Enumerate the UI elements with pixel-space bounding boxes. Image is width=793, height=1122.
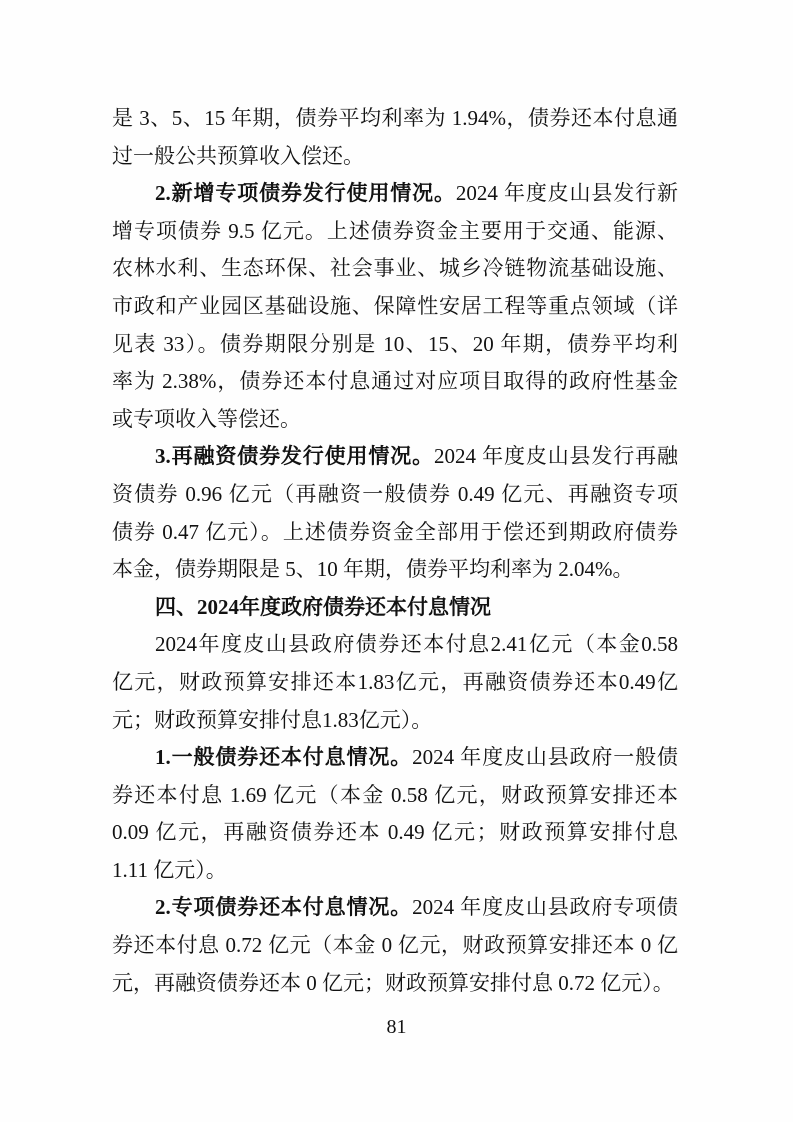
text-segment: 2024 年度皮山县政府专项债 (412, 895, 678, 919)
text-line: 0.09 亿元，再融资债券还本 0.49 亿元；财政预算安排付息 (112, 814, 678, 852)
text-segment: 0.09 亿元，再融资债券还本 0.49 亿元；财政预算安排付息 (112, 820, 678, 844)
text-segment: 或专项收入等偿还。 (112, 407, 301, 431)
text-line: 是 3、5、15 年期，债券平均利率为 1.94%，债券还本付息通 (112, 100, 678, 138)
text-line: 市政和产业园区基础设施、保障性安居工程等重点领域（详 (112, 288, 678, 326)
bold-text-segment: 四、2024年度政府债券还本付息情况 (155, 595, 491, 619)
text-segment: 2024 年度皮山县发行新 (456, 181, 678, 205)
text-segment: 元；财政预算安排付息1.83亿元）。 (112, 708, 432, 732)
text-segment: 资债券 0.96 亿元（再融资一般债券 0.49 亿元、再融资专项 (112, 482, 678, 506)
text-segment: 市政和产业园区基础设施、保障性安居工程等重点领域（详 (112, 294, 678, 318)
text-line: 资债券 0.96 亿元（再融资一般债券 0.49 亿元、再融资专项 (112, 476, 678, 514)
text-line: 见表 33）。债券期限分别是 10、15、20 年期，债券平均利 (112, 326, 678, 364)
text-line: 1.11 亿元）。 (112, 852, 678, 890)
bold-text-segment: 1.一般债券还本付息情况。 (155, 745, 412, 769)
text-segment: 是 3、5、15 年期，债券平均利率为 1.94%，债券还本付息通 (112, 106, 678, 130)
text-segment: 债券 0.47 亿元）。上述债券资金全部用于偿还到期政府债券 (112, 520, 678, 544)
text-line: 2.新增专项债券发行使用情况。2024 年度皮山县发行新 (112, 175, 678, 213)
text-line: 四、2024年度政府债券还本付息情况 (112, 589, 678, 627)
text-segment: 见表 33）。债券期限分别是 10、15、20 年期，债券平均利 (112, 332, 678, 356)
document-body: 是 3、5、15 年期，债券平均利率为 1.94%，债券还本付息通过一般公共预算… (112, 100, 678, 1002)
text-line: 2.专项债券还本付息情况。2024 年度皮山县政府专项债 (112, 889, 678, 927)
text-segment: 过一般公共预算收入偿还。 (112, 144, 364, 168)
bold-text-segment: 3.再融资债券发行使用情况。 (155, 444, 434, 468)
text-segment: 1.11 亿元）。 (112, 858, 227, 882)
text-line: 2024年度皮山县政府债券还本付息2.41亿元（本金0.58 (112, 626, 678, 664)
text-line: 元；财政预算安排付息1.83亿元）。 (112, 702, 678, 740)
text-line: 本金，债券期限是 5、10 年期，债券平均利率为 2.04%。 (112, 551, 678, 589)
text-segment: 2024 年度皮山县政府一般债 (412, 745, 678, 769)
text-line: 元，再融资债券还本 0 亿元；财政预算安排付息 0.72 亿元）。 (112, 965, 678, 1003)
text-line: 券还本付息 0.72 亿元（本金 0 亿元，财政预算安排还本 0 亿 (112, 927, 678, 965)
text-line: 3.再融资债券发行使用情况。2024 年度皮山县发行再融 (112, 438, 678, 476)
document-page: 是 3、5、15 年期，债券平均利率为 1.94%，债券还本付息通过一般公共预算… (0, 0, 793, 1122)
text-segment: 亿元，财政预算安排还本1.83亿元，再融资债券还本0.49亿 (112, 670, 678, 694)
text-line: 农林水利、生态环保、社会事业、城乡冷链物流基础设施、 (112, 250, 678, 288)
text-line: 1.一般债券还本付息情况。2024 年度皮山县政府一般债 (112, 739, 678, 777)
page-number: 81 (0, 1012, 793, 1042)
text-segment: 率为 2.38%，债券还本付息通过对应项目取得的政府性基金 (112, 369, 678, 393)
bold-text-segment: 2.新增专项债券发行使用情况。 (155, 181, 456, 205)
text-segment: 2024 年度皮山县发行再融 (434, 444, 678, 468)
text-segment: 本金，债券期限是 5、10 年期，债券平均利率为 2.04%。 (112, 557, 634, 581)
text-segment: 增专项债券 9.5 亿元。上述债券资金主要用于交通、能源、 (112, 219, 678, 243)
text-line: 过一般公共预算收入偿还。 (112, 138, 678, 176)
text-line: 增专项债券 9.5 亿元。上述债券资金主要用于交通、能源、 (112, 213, 678, 251)
text-segment: 券还本付息 1.69 亿元（本金 0.58 亿元，财政预算安排还本 (112, 783, 678, 807)
text-line: 券还本付息 1.69 亿元（本金 0.58 亿元，财政预算安排还本 (112, 777, 678, 815)
text-line: 亿元，财政预算安排还本1.83亿元，再融资债券还本0.49亿 (112, 664, 678, 702)
text-segment: 农林水利、生态环保、社会事业、城乡冷链物流基础设施、 (112, 256, 678, 280)
text-segment: 券还本付息 0.72 亿元（本金 0 亿元，财政预算安排还本 0 亿 (112, 933, 678, 957)
text-segment: 元，再融资债券还本 0 亿元；财政预算安排付息 0.72 亿元）。 (112, 971, 674, 995)
bold-text-segment: 2.专项债券还本付息情况。 (155, 895, 412, 919)
text-line: 债券 0.47 亿元）。上述债券资金全部用于偿还到期政府债券 (112, 514, 678, 552)
text-line: 或专项收入等偿还。 (112, 401, 678, 439)
text-line: 率为 2.38%，债券还本付息通过对应项目取得的政府性基金 (112, 363, 678, 401)
text-segment: 2024年度皮山县政府债券还本付息2.41亿元（本金0.58 (155, 632, 678, 656)
